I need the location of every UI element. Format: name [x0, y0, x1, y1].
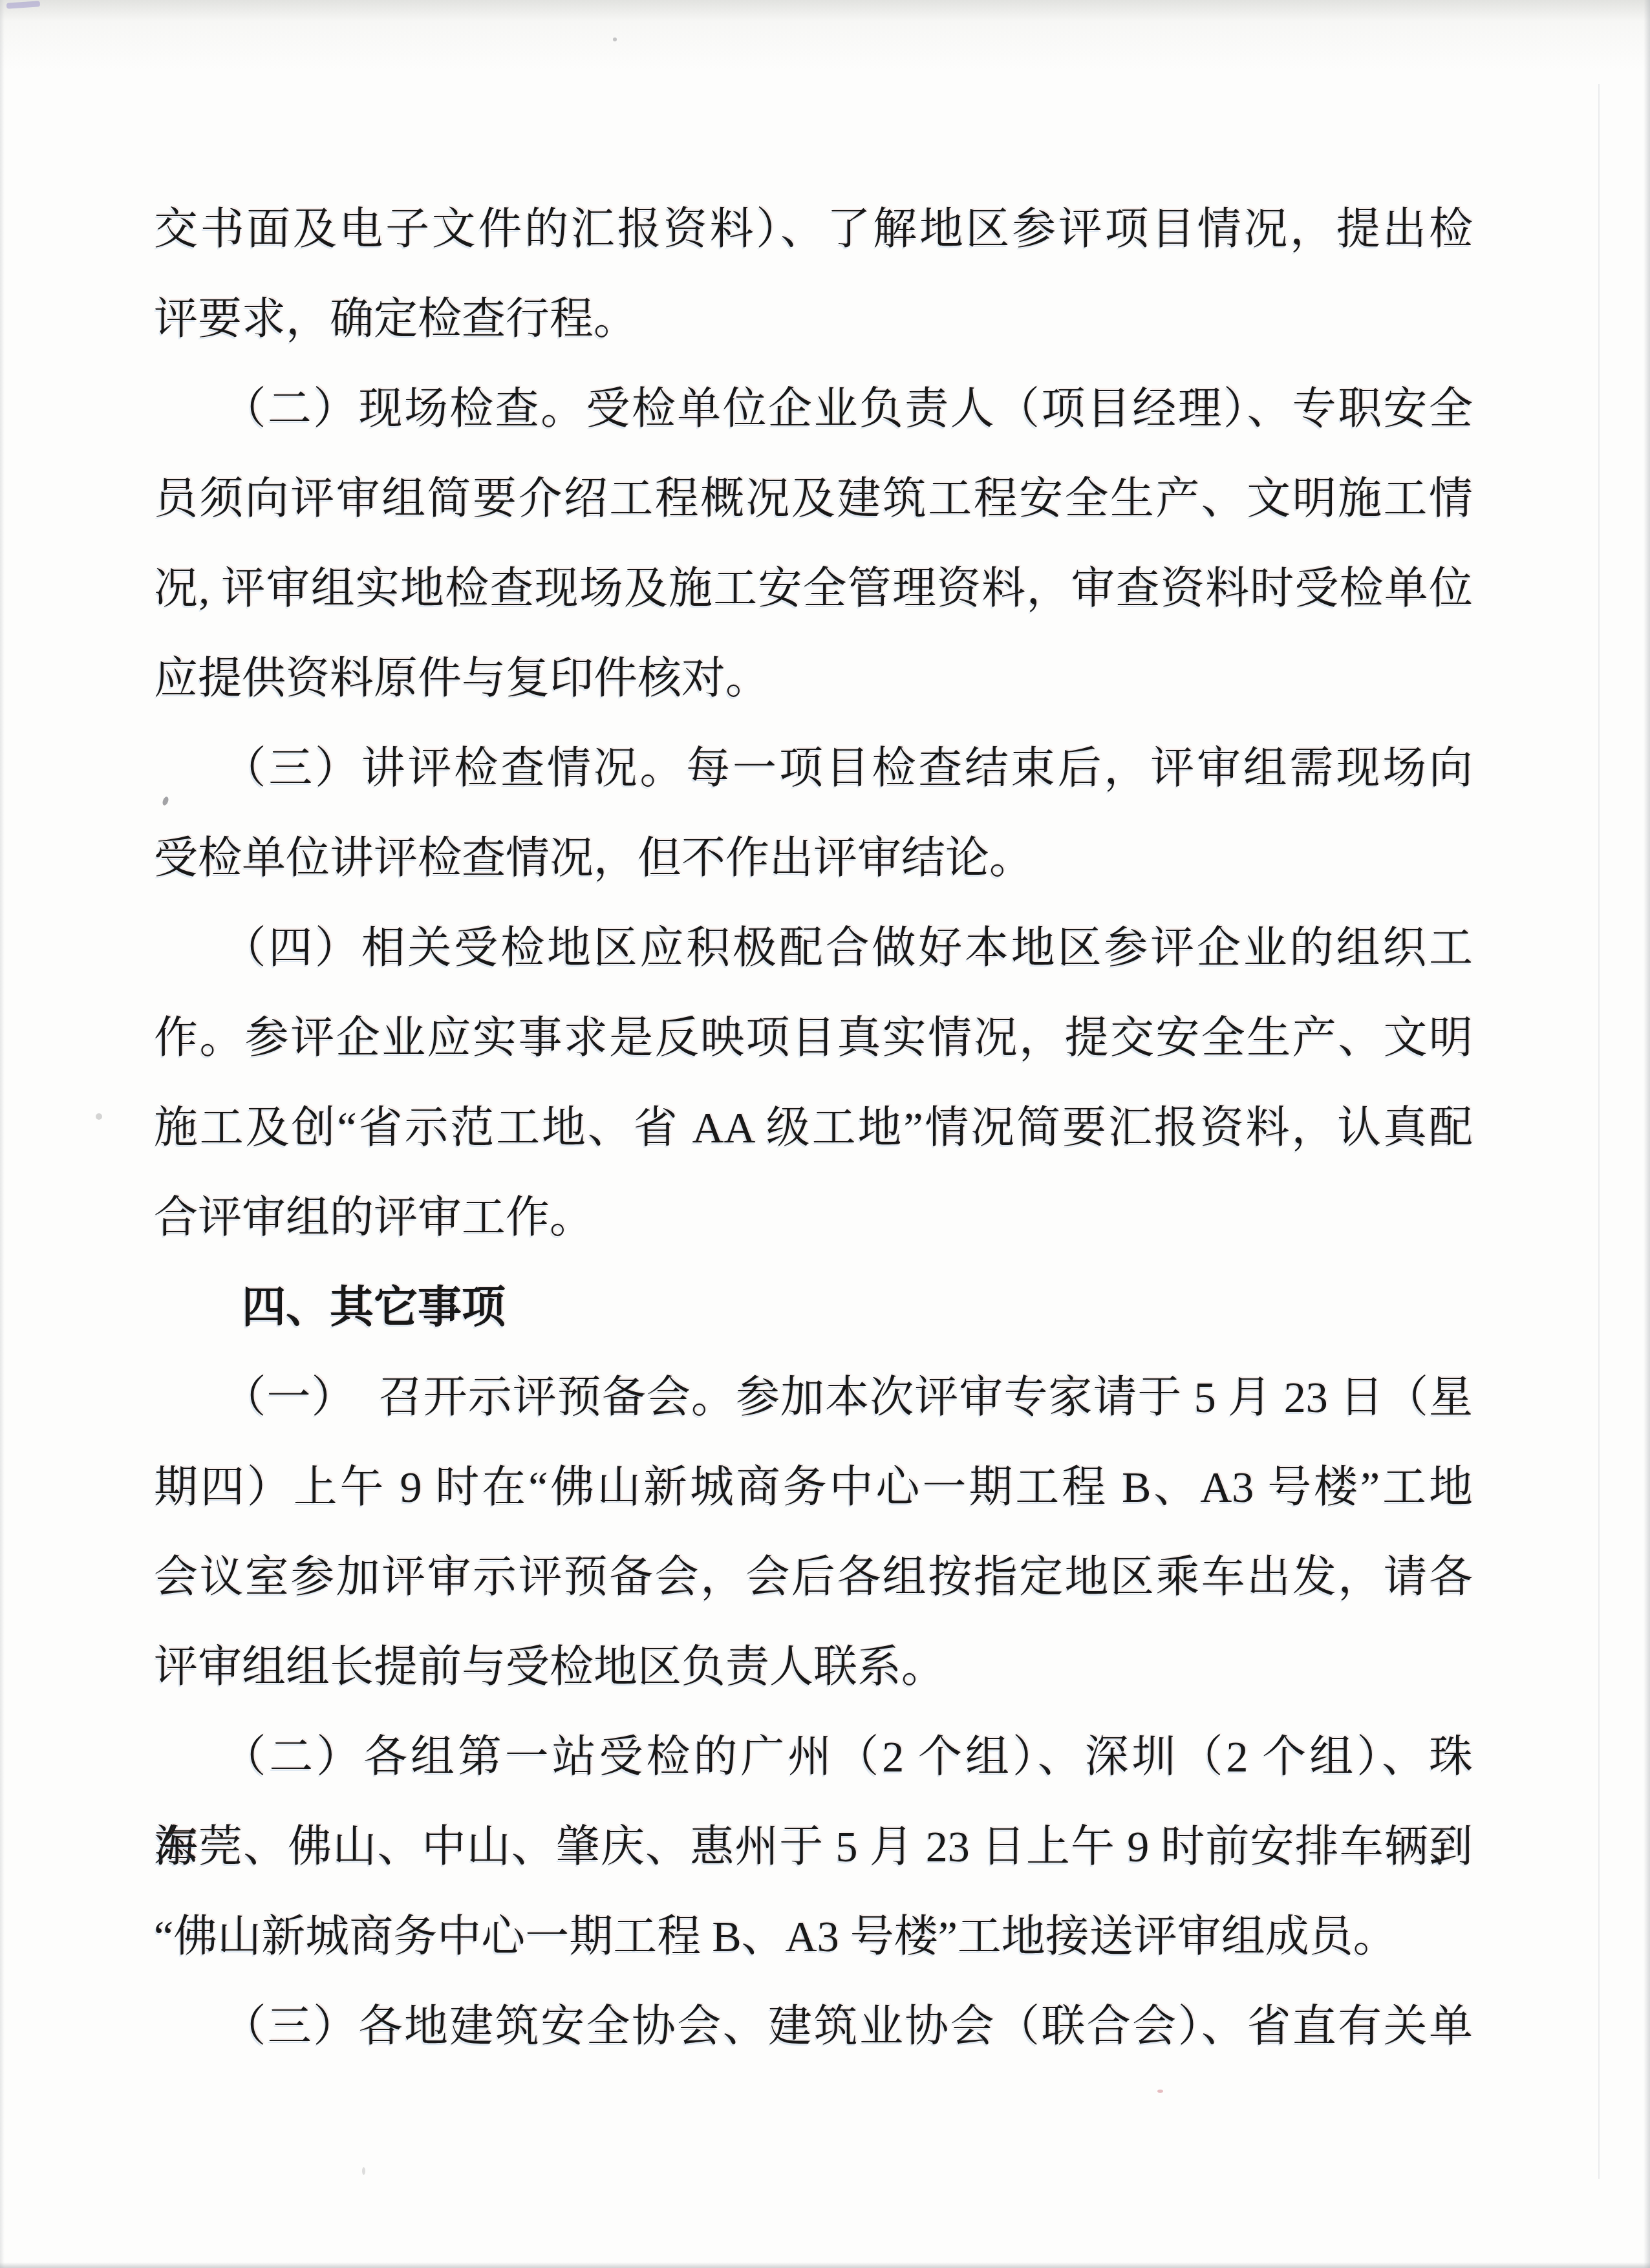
scan-streak: [1598, 84, 1600, 2179]
text-line: （三）各地建筑安全协会、建筑业协会（联合会）、省直有关单: [154, 1982, 1473, 2071]
text-line: （一） 召开示评预备会。参加本次评审专家请于 5 月 23 日（星: [154, 1353, 1473, 1442]
text-line: 况, 评审组实地检查现场及施工安全管理资料，审查资料时受检单位: [154, 544, 1473, 634]
scan-shading-top: [0, 0, 1650, 71]
text-line: 会议室参加评审示评预备会，会后各组按指定地区乘车出发，请各: [154, 1532, 1473, 1622]
scan-speck: [613, 37, 617, 41]
scan-speck: [362, 2167, 365, 2175]
text-line: 施工及创“省示范工地、省 AA 级工地”情况简要汇报资料，认真配: [154, 1083, 1473, 1173]
text-line: （二）现场检查。受检单位企业负责人（项目经理）、专职安全: [154, 364, 1473, 454]
scanned-page: 交书面及电子文件的汇报资料）、了解地区参评项目情况，提出检评要求，确定检查行程。…: [0, 0, 1650, 2268]
text-line: （四）相关受检地区应积极配合做好本地区参评企业的组织工: [154, 903, 1473, 993]
text-line: （三）讲评检查情况。每一项目检查结束后，评审组需现场向: [154, 723, 1473, 813]
text-line: 交书面及电子文件的汇报资料）、了解地区参评项目情况，提出检: [154, 184, 1473, 274]
text-line: 评审组组长提前与受检地区负责人联系。: [154, 1622, 1473, 1712]
scan-shading-left: [0, 0, 5, 2268]
text-line: 东莞、佛山、中山、肇庆、惠州于 5 月 23 日上午 9 时前安排车辆到: [154, 1802, 1473, 1892]
scan-speck: [1157, 2090, 1163, 2093]
text-line: 应提供资料原件与复印件核对。: [154, 634, 1473, 723]
scan-shading-bottom: [0, 2262, 1650, 2268]
scan-corner-scratch: [6, 1, 41, 9]
section-heading: 四、其它事项: [154, 1263, 1473, 1353]
text-line: 受检单位讲评检查情况，但不作出评审结论。: [154, 813, 1473, 903]
text-line: 员须向评审组简要介绍工程概况及建筑工程安全生产、文明施工情: [154, 454, 1473, 544]
text-line: 作。参评企业应实事求是反映项目真实情况，提交安全生产、文明: [154, 993, 1473, 1083]
scan-shading-right: [1644, 0, 1650, 2268]
text-line: （二）各组第一站受检的广州（2 个组）、深圳（2 个组）、珠海、: [154, 1712, 1473, 1802]
scan-speck: [96, 1113, 102, 1120]
text-line: 合评审组的评审工作。: [154, 1173, 1473, 1263]
text-line: 期四）上午 9 时在“佛山新城商务中心一期工程 B、A3 号楼”工地: [154, 1442, 1473, 1532]
document-text: 交书面及电子文件的汇报资料）、了解地区参评项目情况，提出检评要求，确定检查行程。…: [154, 184, 1473, 2071]
text-line: “佛山新城商务中心一期工程 B、A3 号楼”工地接送评审组成员。: [154, 1892, 1473, 1982]
text-line: 评要求，确定检查行程。: [154, 274, 1473, 364]
